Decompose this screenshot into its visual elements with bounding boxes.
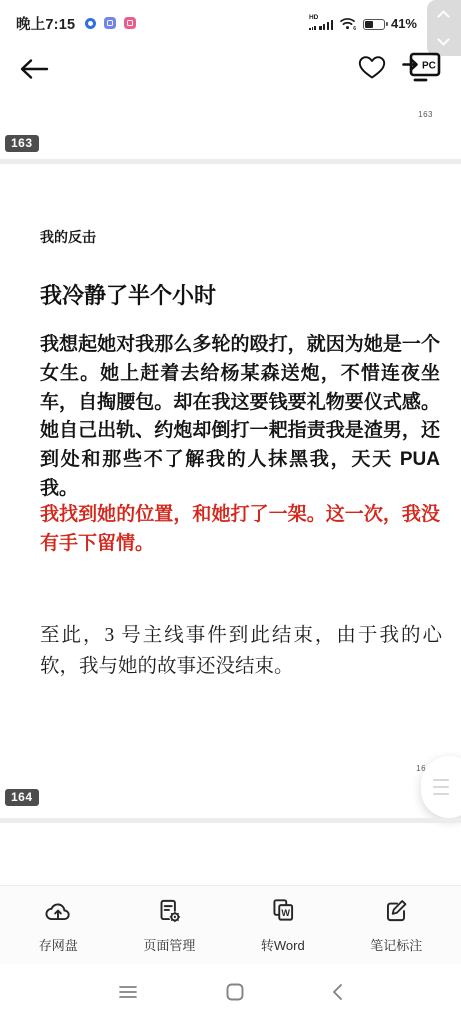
wifi-icon: 6 <box>339 15 357 31</box>
hd-volte-label: HD <box>309 14 318 21</box>
home-icon[interactable] <box>226 983 244 1006</box>
reader-nav-bar: PC <box>0 40 461 104</box>
page-badge-164: 164 <box>5 789 39 806</box>
page-separator-2 <box>0 818 461 823</box>
closing-paragraph: 至此，3 号主线事件到此结束，由于我的心软，我与她的故事还没结束。 <box>40 620 442 682</box>
to-word-icon: W <box>268 897 298 929</box>
quick-menu-handle[interactable] <box>421 756 461 818</box>
status-bar: 晚上7:15 HD 6 41% <box>0 0 461 40</box>
send-to-pc-button[interactable]: PC <box>401 49 449 89</box>
recents-menu-icon[interactable] <box>118 984 138 1005</box>
document-toolbar: 存网盘 页面管理 W <box>0 885 461 964</box>
app-notification-icon-2 <box>124 17 136 29</box>
page-manage-label: 页面管理 <box>143 935 195 954</box>
page-badge-163: 163 <box>5 135 39 152</box>
back-nav-icon[interactable] <box>331 983 343 1006</box>
save-to-cloud-button[interactable]: 存网盘 <box>39 897 78 954</box>
back-button[interactable] <box>18 55 50 83</box>
battery-icon <box>363 19 385 30</box>
chevron-up-icon[interactable] <box>437 10 450 23</box>
app-notification-icon <box>104 17 116 29</box>
phone-screen: 晚上7:15 HD 6 41% <box>0 0 461 1024</box>
document-paragraph: 我想起她对我那么多轮的殴打，就因为她是一个女生。她上赶着去给杨某森送炮，不惜连夜… <box>40 331 440 504</box>
page-manage-icon <box>154 897 184 929</box>
wifi6-label: 6 <box>353 26 356 31</box>
convert-to-word-button[interactable]: W 转Word <box>261 897 305 954</box>
notification-icons <box>85 17 136 29</box>
printed-page-number-163: 163 <box>418 110 433 119</box>
pc-icon-label: PC <box>422 61 436 72</box>
page-manage-button[interactable]: 页面管理 <box>143 897 195 954</box>
note-annotate-icon <box>381 897 411 929</box>
section-title: 我的反击 <box>40 227 96 247</box>
record-notification-icon <box>85 18 96 29</box>
clock: 晚上7:15 <box>16 13 75 34</box>
highlighted-red-paragraph: 我找到她的位置，和她打了一架。这一次，我没有手下留情。 <box>40 501 440 559</box>
note-annotate-label: 笔记标注 <box>370 935 422 954</box>
document-heading: 我冷静了半个小时 <box>40 279 216 310</box>
favorite-heart-icon[interactable] <box>357 53 387 81</box>
page-separator <box>0 159 461 164</box>
note-annotate-button[interactable]: 笔记标注 <box>370 897 422 954</box>
cloud-upload-icon <box>43 897 73 929</box>
android-nav-bar <box>0 964 461 1024</box>
cellular-signal-icon: HD <box>309 15 333 31</box>
word-letter: W <box>281 907 290 917</box>
save-to-cloud-label: 存网盘 <box>39 935 78 954</box>
battery-percent: 41% <box>391 16 417 31</box>
convert-to-word-label: 转Word <box>261 935 305 954</box>
